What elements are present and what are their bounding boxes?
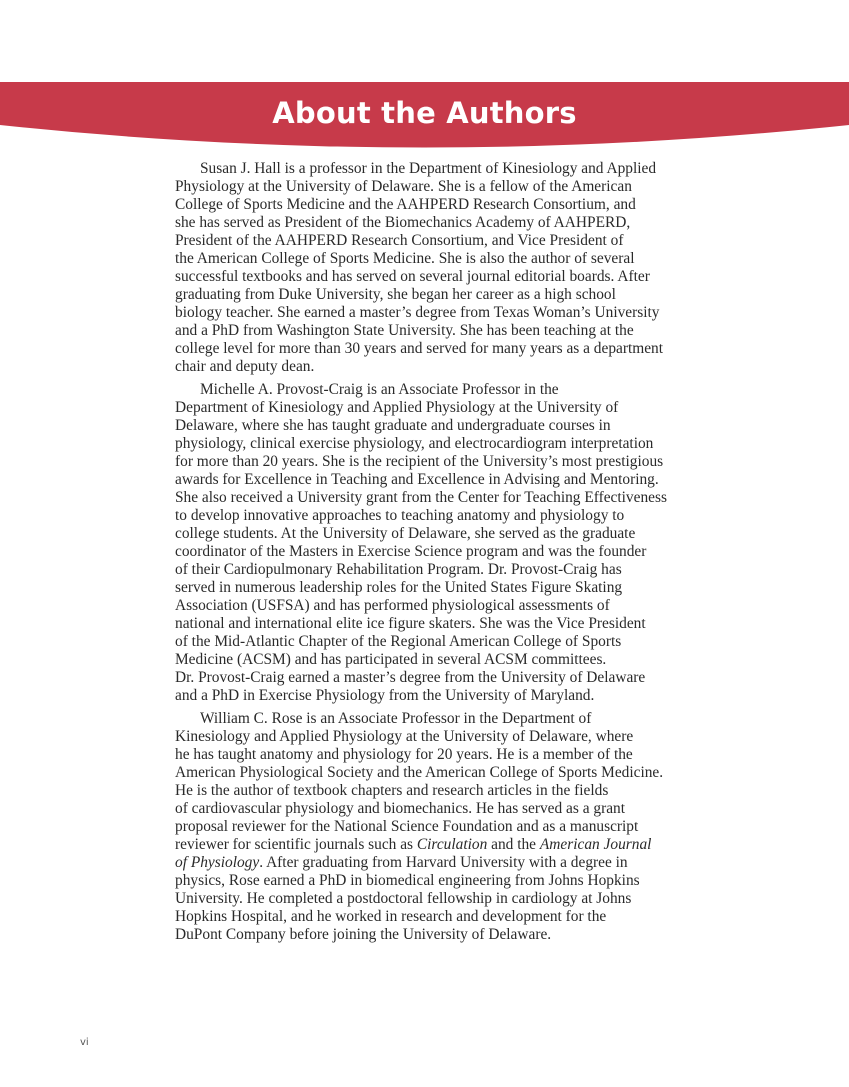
text-line: national and international elite ice fig… bbox=[175, 615, 675, 633]
text-line: DuPont Company before joining the Univer… bbox=[175, 926, 675, 944]
text-line: proposal reviewer for the National Scien… bbox=[175, 818, 675, 836]
text-line: She also received a University grant fro… bbox=[175, 489, 675, 507]
text-line: to develop innovative approaches to teac… bbox=[175, 507, 675, 525]
text-line: chair and deputy dean. bbox=[175, 358, 675, 376]
text-line: Association (USFSA) and has performed ph… bbox=[175, 597, 675, 615]
text-line: of cardiovascular physiology and biomech… bbox=[175, 800, 675, 818]
text-line: she has served as President of the Biome… bbox=[175, 214, 675, 232]
text-run: . After graduating from Harvard Universi… bbox=[259, 854, 627, 871]
text-line: physics, Rose earned a PhD in biomedical… bbox=[175, 872, 675, 890]
text-line: American Physiological Society and the A… bbox=[175, 764, 675, 782]
text-line: Dr. Provost-Craig earned a master’s degr… bbox=[175, 669, 675, 687]
text-line: for more than 20 years. She is the recip… bbox=[175, 453, 675, 471]
text-line: Department of Kinesiology and Applied Ph… bbox=[175, 399, 675, 417]
text-line: of their Cardiopulmonary Rehabilitation … bbox=[175, 561, 675, 579]
authors-body: Susan J. Hall is a professor in the Depa… bbox=[175, 160, 675, 949]
text-run: reviewer for scientific journals such as bbox=[175, 836, 417, 853]
text-run: and the bbox=[487, 836, 540, 853]
text-line: biology teacher. She earned a master’s d… bbox=[175, 304, 675, 322]
text-line: he has taught anatomy and physiology for… bbox=[175, 746, 675, 764]
text-line: of Physiology. After graduating from Har… bbox=[175, 854, 675, 872]
text-line: served in numerous leadership roles for … bbox=[175, 579, 675, 597]
text-line: college students. At the University of D… bbox=[175, 525, 675, 543]
page-title: About the Authors bbox=[0, 96, 849, 130]
page-number: vi bbox=[80, 1037, 89, 1048]
text-line: Hopkins Hospital, and he worked in resea… bbox=[175, 908, 675, 926]
text-line: college level for more than 30 years and… bbox=[175, 340, 675, 358]
text-line: awards for Excellence in Teaching and Ex… bbox=[175, 471, 675, 489]
text-line: President of the AAHPERD Research Consor… bbox=[175, 232, 675, 250]
text-line: William C. Rose is an Associate Professo… bbox=[175, 710, 675, 728]
text-line: graduating from Duke University, she beg… bbox=[175, 286, 675, 304]
text-line: Susan J. Hall is a professor in the Depa… bbox=[175, 160, 675, 178]
journal-title: of Physiology bbox=[175, 854, 259, 871]
text-line: Physiology at the University of Delaware… bbox=[175, 178, 675, 196]
text-line: successful textbooks and has served on s… bbox=[175, 268, 675, 286]
text-line: Kinesiology and Applied Physiology at th… bbox=[175, 728, 675, 746]
author-bio-hall: Susan J. Hall is a professor in the Depa… bbox=[175, 160, 675, 376]
text-line: physiology, clinical exercise physiology… bbox=[175, 435, 675, 453]
text-line: University. He completed a postdoctoral … bbox=[175, 890, 675, 908]
text-line: and a PhD from Washington State Universi… bbox=[175, 322, 675, 340]
section-banner: About the Authors bbox=[0, 82, 849, 148]
text-line: Delaware, where she has taught graduate … bbox=[175, 417, 675, 435]
journal-title: American Journal bbox=[540, 836, 652, 853]
text-line: Medicine (ACSM) and has participated in … bbox=[175, 651, 675, 669]
author-bio-provost-craig: Michelle A. Provost-Craig is an Associat… bbox=[175, 381, 675, 705]
text-line: and a PhD in Exercise Physiology from th… bbox=[175, 687, 675, 705]
journal-title: Circulation bbox=[417, 836, 487, 853]
text-line: the American College of Sports Medicine.… bbox=[175, 250, 675, 268]
text-line: Michelle A. Provost-Craig is an Associat… bbox=[175, 381, 675, 399]
author-bio-rose: William C. Rose is an Associate Professo… bbox=[175, 710, 675, 944]
text-line: reviewer for scientific journals such as… bbox=[175, 836, 675, 854]
text-line: of the Mid-Atlantic Chapter of the Regio… bbox=[175, 633, 675, 651]
text-line: College of Sports Medicine and the AAHPE… bbox=[175, 196, 675, 214]
text-line: coordinator of the Masters in Exercise S… bbox=[175, 543, 675, 561]
text-line: He is the author of textbook chapters an… bbox=[175, 782, 675, 800]
